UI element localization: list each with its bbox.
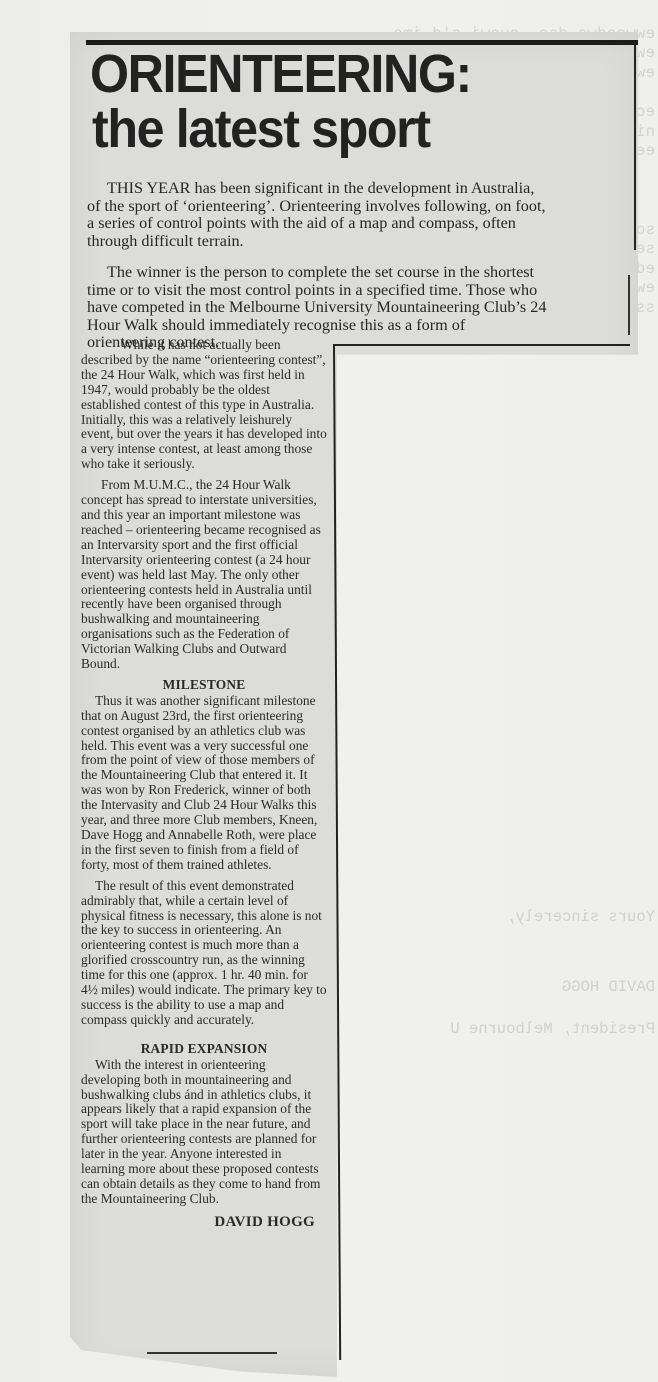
body-paragraph: With the interest in orienteering develo…	[81, 1058, 327, 1207]
body-paragraph: While it has not actually been described…	[81, 338, 327, 472]
subheading-rapid-expansion: RAPID EXPANSION	[81, 1042, 327, 1057]
box-border-right-lower	[628, 275, 630, 335]
box-border-right	[634, 42, 636, 250]
end-rule	[147, 1352, 277, 1354]
body-paragraph: From M.U.M.C., the 24 Hour Walk concept …	[81, 478, 327, 672]
underlying-title: President, Melbourne U	[325, 1020, 655, 1038]
byline: DAVID HOGG	[81, 1215, 315, 1230]
headline-line-2: the latest sport	[92, 100, 471, 158]
underlying-closing: Yours sincerely,	[325, 908, 655, 926]
body-paragraph: The result of this event demonstrated ad…	[81, 879, 327, 1028]
body-paragraph: Thus it was another significant mileston…	[81, 694, 327, 873]
underlying-signature: DAVID HOGG	[325, 978, 655, 996]
headline: ORIENTEERING: the latest sport	[90, 48, 500, 158]
headline-line-1: ORIENTEERING:	[90, 48, 471, 100]
article-column: While it has not actually been described…	[81, 338, 327, 1230]
subheading-milestone: MILESTONE	[81, 678, 327, 693]
lead-paragraph-1: THIS YEAR has been significant in the de…	[87, 180, 547, 250]
